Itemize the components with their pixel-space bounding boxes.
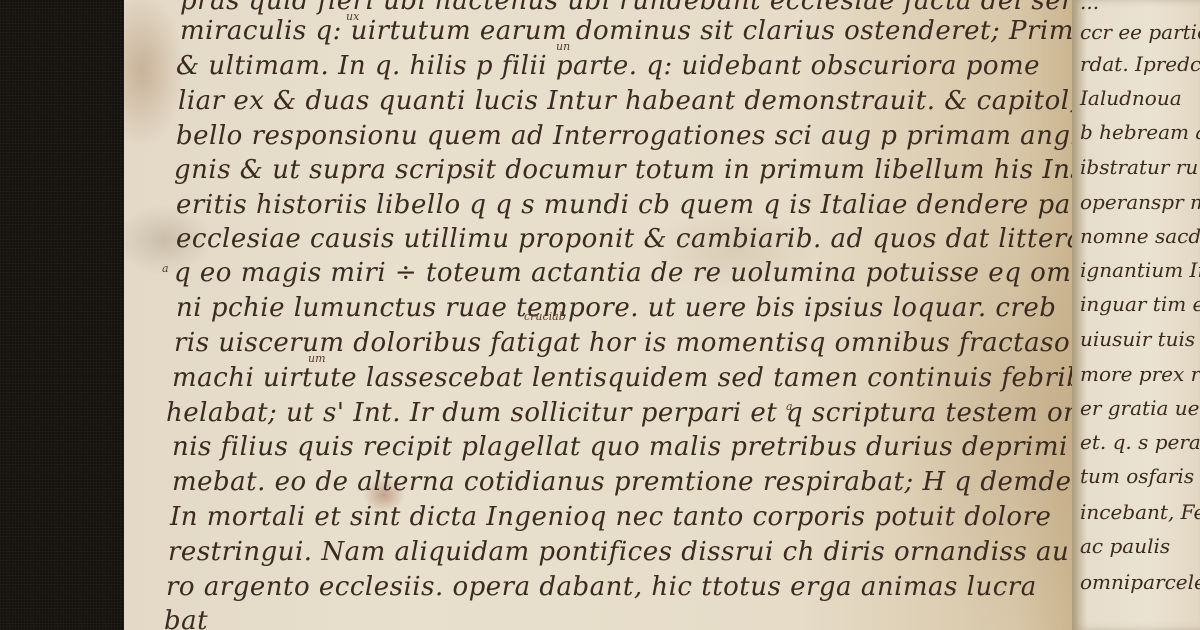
facing-line: inguar tim et xyxy=(1080,292,1200,316)
interlinear-gloss: a xyxy=(162,262,169,275)
facing-line: tum osfaris io xyxy=(1080,464,1200,488)
text-line-15: mebat. eo de alterna cotidianus premtion… xyxy=(172,467,1072,497)
facing-page: ... ccr ee particu rdat. Ipredc Ialudnou… xyxy=(1072,0,1200,630)
text-line-4: liar ex & duas quanti lucis Intur habean… xyxy=(178,86,1078,116)
facing-line: nomne sacd. d xyxy=(1080,224,1200,248)
text-line-13: helabat; ut s' Int. Ir dum sollicitur pe… xyxy=(166,398,1088,428)
text-line-18: ro argento ecclesiis. opera dabant, hic … xyxy=(166,572,1037,602)
text-line-7: eritis historiis libello q q s mundi cb … xyxy=(176,190,1103,220)
facing-line: more prex riat xyxy=(1080,362,1200,386)
text-line-14: nis filius quis recipit plagellat quo ma… xyxy=(172,432,1068,462)
text-line-19: bat xyxy=(164,606,208,630)
text-line-10: ni pchie lumunctus ruae tempore. ut uere… xyxy=(176,293,1056,323)
facing-line: et. q. s peraug xyxy=(1080,430,1200,454)
facing-line: ac paulis xyxy=(1080,534,1170,558)
facing-line: uiusuir tuis q xyxy=(1080,327,1200,351)
interlinear-gloss: un xyxy=(556,40,570,53)
facing-line: ... xyxy=(1080,0,1099,14)
text-line-1: pras quid fieri ubi hactenus ubi rundeba… xyxy=(180,0,1178,16)
interlinear-gloss: cruciab xyxy=(524,310,566,323)
manuscript-page: pras quid fieri ubi hactenus ubi rundeba… xyxy=(124,0,1084,630)
facing-line: ignantium In xyxy=(1080,258,1200,282)
interlinear-gloss: um xyxy=(308,352,326,365)
facing-line: b hebream a xyxy=(1080,120,1200,144)
text-line-3: & ultimam. In q. hilis p filii parte. q:… xyxy=(176,51,1040,81)
interlinear-gloss: a xyxy=(786,400,793,413)
text-line-2: miraculis q: uirtutum earum dominus sit … xyxy=(180,16,1116,46)
text-line-17: restringui. Nam aliquidam pontifices dis… xyxy=(168,537,1069,567)
text-line-9: q eo magis miri ÷ toteum actantia de re … xyxy=(174,258,1071,288)
dark-backdrop xyxy=(0,0,128,630)
facing-line: operanspr ma xyxy=(1080,190,1200,214)
text-line-12: machi uirtute lassescebat lentisquidem s… xyxy=(172,363,1156,393)
text-line-8: ecclesiae causis utillimu proponit & cam… xyxy=(176,224,1083,254)
facing-line: rdat. Ipredc xyxy=(1080,52,1200,76)
facing-line: er gratia ue xyxy=(1080,396,1199,420)
text-line-6: gnis & ut supra scripsit documur totum i… xyxy=(174,155,1093,185)
facing-line: incebant, Fec xyxy=(1080,500,1200,524)
text-line-16: In mortali et sint dicta Ingenioq nec ta… xyxy=(170,502,1051,532)
facing-line: ccr ee particu xyxy=(1080,20,1200,44)
interlinear-gloss: ux xyxy=(346,10,359,23)
text-line-5: bello responsionu quem ad Interrogatione… xyxy=(176,121,1200,151)
facing-line: ibstratur ru xyxy=(1080,155,1198,179)
facing-line: omniparcele xyxy=(1080,570,1200,594)
facing-line: Ialudnoua xyxy=(1080,86,1182,110)
